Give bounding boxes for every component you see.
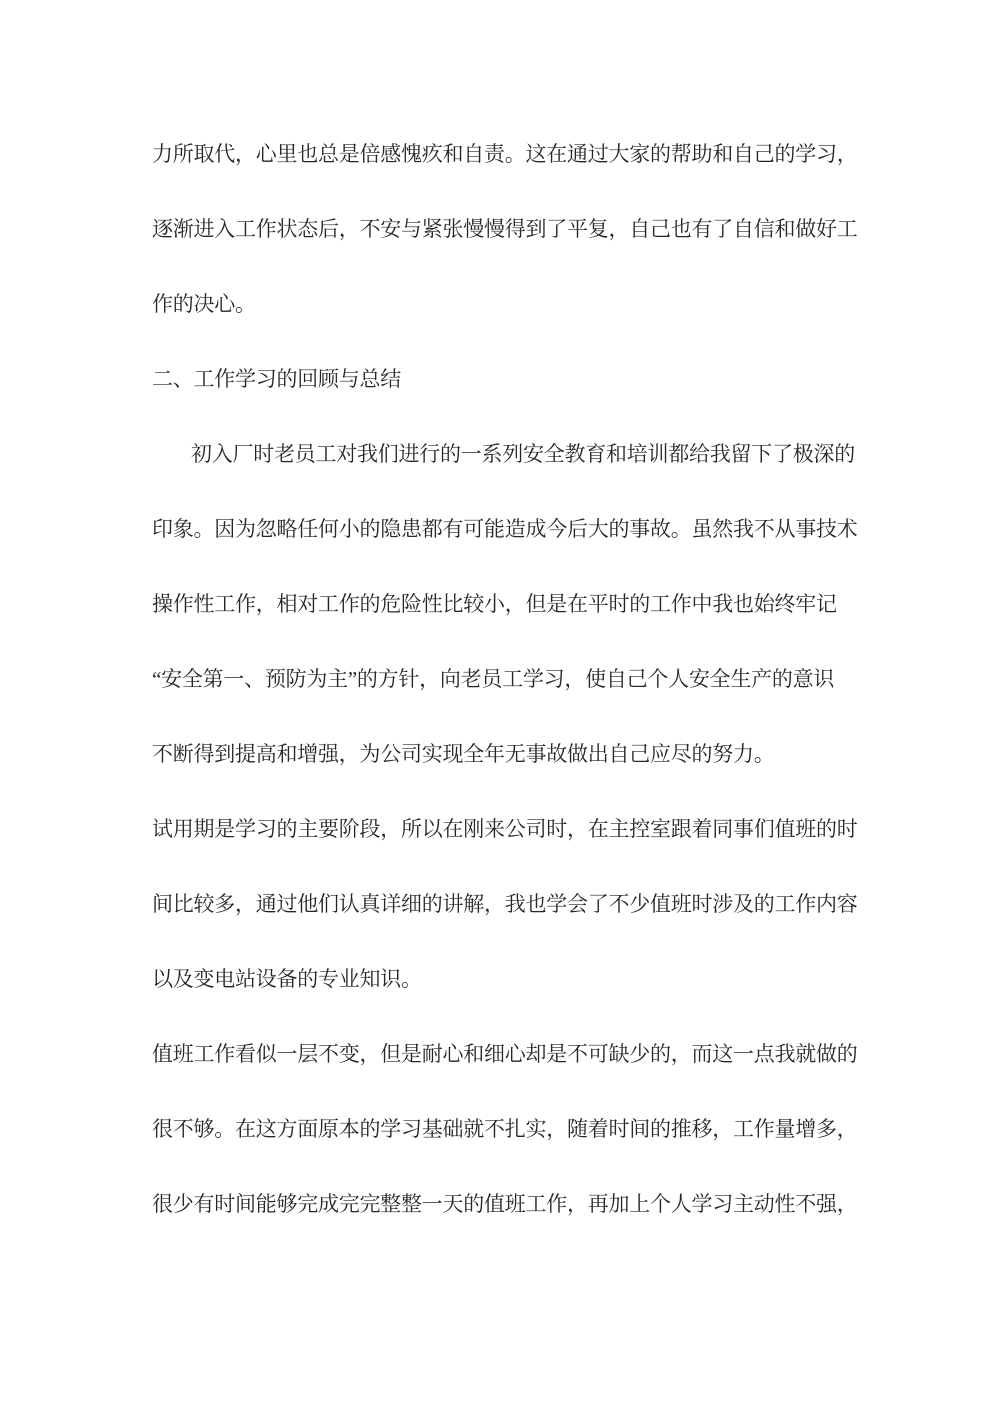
body-line: 间比较多，通过他们认真详细的讲解，我也学会了不少值班时涉及的工作内容 xyxy=(152,867,872,942)
body-line: 很不够。在这方面原本的学习基础就不扎实，随着时间的推移，工作量增多， xyxy=(152,1092,872,1167)
section-heading: 二、工作学习的回顾与总结 xyxy=(152,342,872,417)
body-line: 力所取代，心里也总是倍感愧疚和自责。这在通过大家的帮助和自己的学习， xyxy=(152,117,872,192)
body-line: 操作性工作，相对工作的危险性比较小，但是在平时的工作中我也始终牢记 xyxy=(152,567,872,642)
body-line: 不断得到提高和增强，为公司实现全年无事故做出自己应尽的努力。 xyxy=(152,717,872,792)
body-line: 以及变电站设备的专业知识。 xyxy=(152,942,872,1017)
body-line: 试用期是学习的主要阶段，所以在刚来公司时，在主控室跟着同事们值班的时 xyxy=(152,792,872,867)
body-line: 印象。因为忽略任何小的隐患都有可能造成今后大的事故。虽然我不从事技术 xyxy=(152,492,872,567)
document-page: 力所取代，心里也总是倍感愧疚和自责。这在通过大家的帮助和自己的学习， 逐渐进入工… xyxy=(0,0,1000,1415)
body-line: 作的决心。 xyxy=(152,267,872,342)
body-line: 值班工作看似一层不变，但是耐心和细心却是不可缺少的，而这一点我就做的 xyxy=(152,1017,872,1092)
text-column: 力所取代，心里也总是倍感愧疚和自责。这在通过大家的帮助和自己的学习， 逐渐进入工… xyxy=(152,117,872,1242)
body-line: 初入厂时老员工对我们进行的一系列安全教育和培训都给我留下了极深的 xyxy=(152,417,872,492)
body-line: 很少有时间能够完成完完整整一天的值班工作，再加上个人学习主动性不强， xyxy=(152,1167,872,1242)
body-line: 逐渐进入工作状态后，不安与紧张慢慢得到了平复，自己也有了自信和做好工 xyxy=(152,192,872,267)
body-line: “安全第一、预防为主”的方针，向老员工学习，使自己个人安全生产的意识 xyxy=(152,642,872,717)
